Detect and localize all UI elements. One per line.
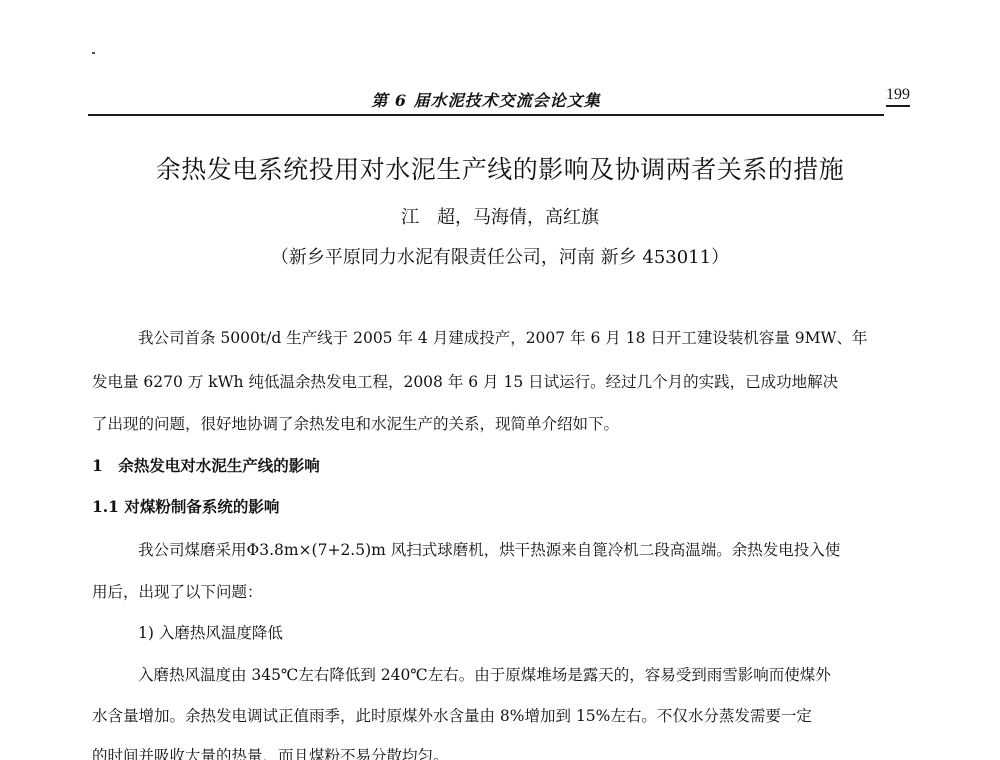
item-1-line-2: 水含量增加。余热发电调试正值雨季，此时原煤外水含量由 8%增加到 15%左右。不… xyxy=(92,706,914,726)
intro-line-2: 发电量 6270 万 kWh 纯低温余热发电工程，2008 年 6 月 15 日… xyxy=(92,372,914,392)
affiliation: （新乡平原同力水泥有限责任公司，河南 新乡 453011） xyxy=(0,243,1000,269)
section-1-1-line-2: 用后，出现了以下问题： xyxy=(92,582,914,602)
section-1-1-line-1: 我公司煤磨采用Φ3.8m×(7+2.5)m 风扫式球磨机，烘干热源来自篦冷机二段… xyxy=(138,540,960,560)
intro-line-1: 我公司首条 5000t/d 生产线于 2005 年 4 月建成投产，2007 年… xyxy=(138,328,960,348)
item-1-line-3: 的时间并吸收大量的热量，而且煤粉不易分散均匀。 xyxy=(92,746,914,760)
section-1-1-heading: 1.1 对煤粉制备系统的影响 xyxy=(92,497,914,517)
page-number: 199 xyxy=(886,86,910,107)
item-1-line-1: 入磨热风温度由 345℃左右降低到 240℃左右。由于原煤堆场是露天的，容易受到… xyxy=(138,665,960,685)
scan-speck xyxy=(92,52,95,54)
intro-line-3: 了出现的问题，很好地协调了余热发电和水泥生产的关系，现简单介绍如下。 xyxy=(92,414,914,434)
paper-title: 余热发电系统投用对水泥生产线的影响及协调两者关系的措施 xyxy=(0,150,1000,186)
journal-title: 第 6 届水泥技术交流会论文集 xyxy=(88,88,884,111)
section-1-heading: 1 余热发电对水泥生产线的影响 xyxy=(92,456,914,476)
authors: 江 超，马海倩，高红旗 xyxy=(0,203,1000,229)
running-head: 第 6 届水泥技术交流会论文集 xyxy=(88,84,884,114)
item-1-heading: 1) 入磨热风温度降低 xyxy=(138,623,960,643)
header-rule xyxy=(88,114,884,116)
